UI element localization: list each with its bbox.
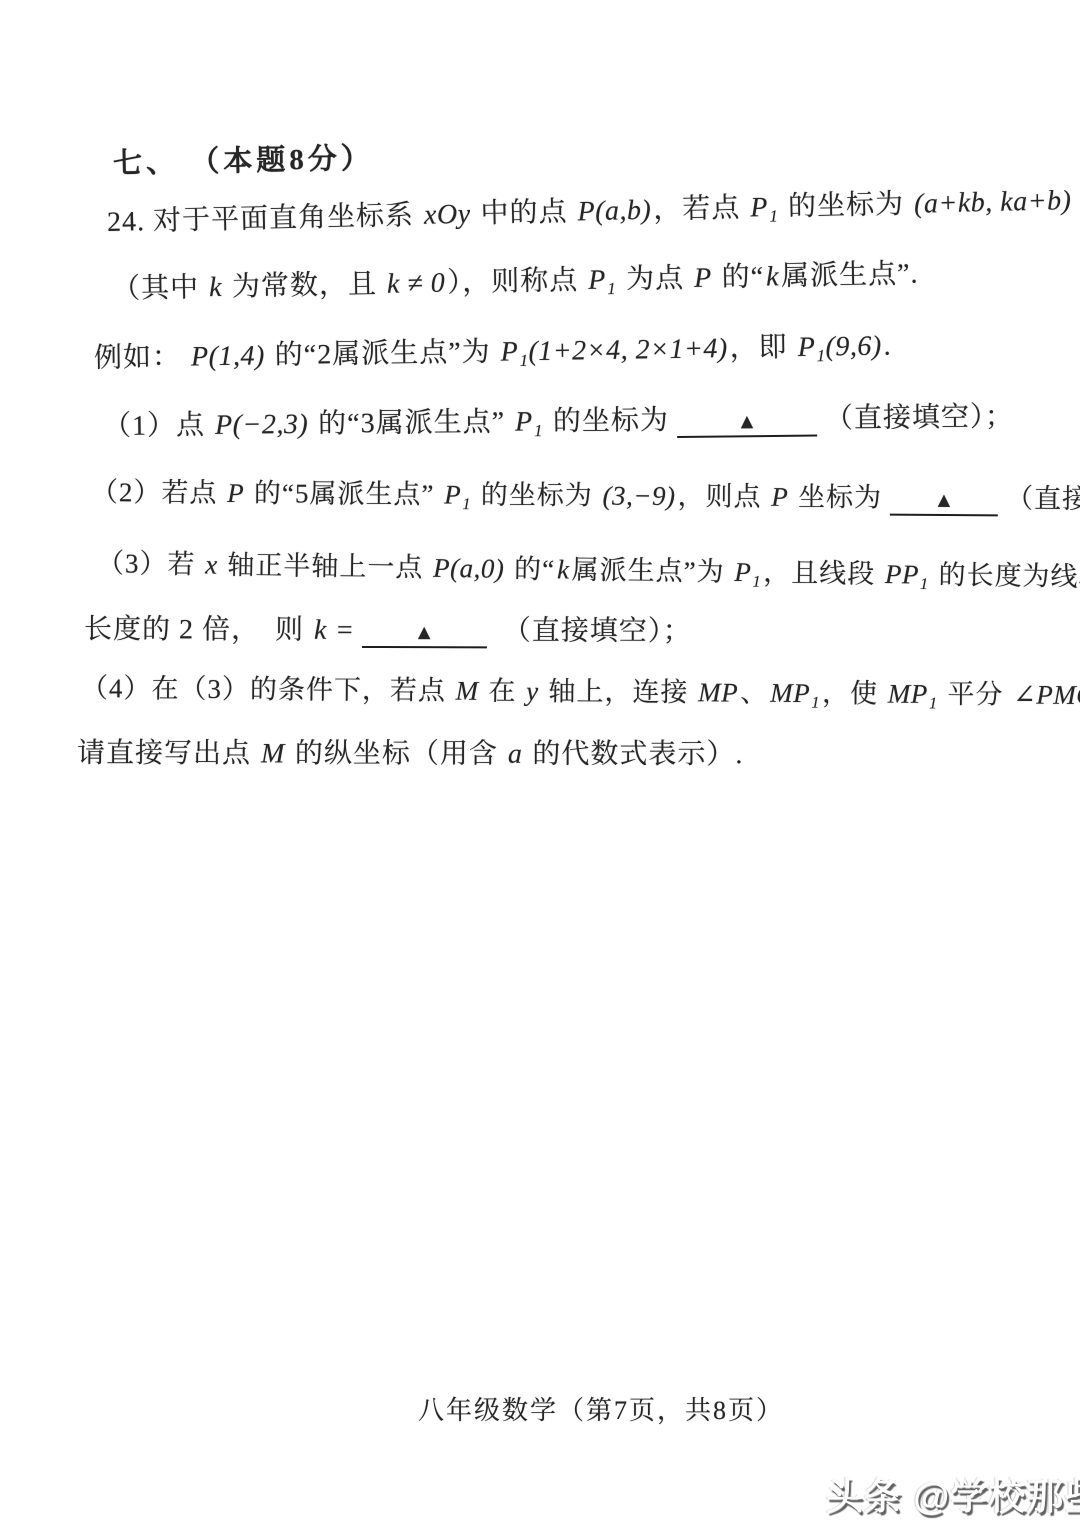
text-run: 的坐标为 [780,189,913,223]
math-run: P(1,4) [189,340,267,372]
math-run: k ≠ 0 [385,268,448,300]
text-run: 的纵坐标（用含 [287,738,506,769]
text-run: 平分 [940,679,1012,709]
text-run: （3）若 [97,548,204,579]
text-run: 轴上，连接 [541,676,697,707]
text-run: 中的点 [472,196,576,229]
text-run: 24. 对于平面直角坐标系 [107,200,423,238]
math-run: k [764,261,782,292]
text-run: ，使 [822,678,886,708]
text-run: 在 [481,676,525,706]
math-run: P₁ [586,264,618,296]
text-run: 请直接写出点 [77,738,259,769]
text-run: （2）若点 [91,477,225,508]
text-run: 的“5属派生点” [246,478,442,509]
math-run: ∠PMO [1011,679,1080,710]
subquestion-3-line-1: （3）若 x 轴正半轴上一点 P(a,0) 的“k属派生点”为 P₁，且线段 P… [97,541,1080,595]
text-run: （1）点 [103,410,213,442]
text-run: = [329,615,354,646]
section-header: 七、 （本题8分） [113,136,375,182]
exam-page: 七、 （本题8分） 24. 对于平面直角坐标系 xOy 中的点 P(a,b)，若… [0,0,1080,1528]
text-run: （其中 [112,272,208,305]
text-run: 的“2属派生点”为 [267,337,499,372]
math-run: (3,−9) [600,481,677,512]
question-24-line-2: （其中 k 为常数，且 k ≠ 0），则称点 P₁ 为点 P 的“k属派生点”. [112,252,919,307]
text-run: （直接填空）； [1006,483,1080,514]
math-run: PP₁ [883,559,931,590]
text-run: ，即 [729,332,795,364]
math-run: P₁(1+2×4, 2×1+4) [498,333,730,368]
text-run: 长度的 2 倍， 则 [84,614,312,646]
text-run: （直接填空）； [825,401,1014,434]
math-run: (a+kb, ka+b) [912,185,1074,220]
math-run: P [692,262,714,293]
text-run: 的“3属派生点” [310,407,513,440]
subquestion-3-line-2: 长度的 2 倍， 则 k =▲ （直接填空）； [84,607,692,649]
text-run: 坐标为 [790,482,882,513]
math-run: P [769,482,790,512]
math-run: P₁ [748,192,781,224]
subquestion-4-line-2: 请直接写出点 M 的纵坐标（用含 a 的代数式表示）. [77,731,743,772]
text-run: 为常数，且 [224,269,386,303]
text-run: （4）在（3）的条件下，若点 [81,673,454,706]
math-run: xOy [422,199,473,231]
text-run: （直接填空）； [495,615,692,647]
watermark: 头条 @学校那些事 [826,1466,1080,1520]
text-run: 的坐标为 [473,480,601,511]
math-run: k [207,272,225,303]
math-run: P₁ [513,406,545,437]
text-run: 的“ [506,554,555,585]
math-run: k [312,615,329,646]
math-run: P(a,b) [575,195,653,228]
question-24-line-1: 24. 对于平面直角坐标系 xOy 中的点 P(a,b)，若点 P₁ 的坐标为 … [107,178,1074,240]
text-run: ），则称点 [447,265,587,299]
text-run: 的长度为线段 [931,560,1080,593]
text-run: ，则点 [677,481,769,512]
text-run: ，且线段 [763,557,883,589]
math-run: P₁ [732,557,763,587]
math-run: P(−2,3) [213,409,310,441]
text-run: 为点 [618,263,693,295]
math-run: y [524,676,541,706]
text-run: 七、 （本题8分） [113,143,374,180]
subquestion-4-line-1: （4）在（3）的条件下，若点 M 在 y 轴上，连接 MP、MP₁，使 MP₁ … [81,666,1080,712]
math-run: P₁(9,6) [795,331,883,363]
math-run: MP₁ [768,678,822,708]
math-run: k [555,554,572,584]
text-run: 的坐标为 [545,405,669,437]
answer-blank: ▲ [677,411,817,438]
text-run: 的代数式表示）. [524,739,743,770]
subquestion-1-line: （1）点 P(−2,3) 的“3属派生点” P₁ 的坐标为▲（直接填空）； [103,394,1014,444]
math-run: M [454,676,481,706]
text-run: 的“ [713,261,764,293]
text-run: ，若点 [653,192,749,225]
math-run: a [506,739,525,770]
math-run: P [225,478,246,508]
text-run: 例如： [94,342,189,374]
math-run: P₁ [442,479,473,509]
answer-blank: ▲ [362,622,487,648]
math-run: P(a,0) [431,553,507,584]
text-run: 轴正半轴上一点 [219,550,431,583]
math-run: M [259,738,287,769]
text-run: 属派生点”为 [571,555,732,587]
answer-blank: ▲ [890,490,998,517]
text-run: 属派生点”. [781,259,919,293]
math-run: x [203,549,220,579]
subquestion-2-line: （2）若点 P 的“5属派生点” P₁ 的坐标为 (3,−9)，则点 P 坐标为… [91,470,1080,518]
text-run: 、 [740,678,768,708]
math-run: MP [696,677,740,707]
text-run: . [883,330,891,361]
math-run: MP₁ [886,679,940,709]
page-footer: 八年级数学（第7页，共8页） [418,1390,784,1427]
question-24-example-line: 例如： P(1,4) 的“2属派生点”为 P₁(1+2×4, 2×1+4)，即 … [94,323,892,376]
